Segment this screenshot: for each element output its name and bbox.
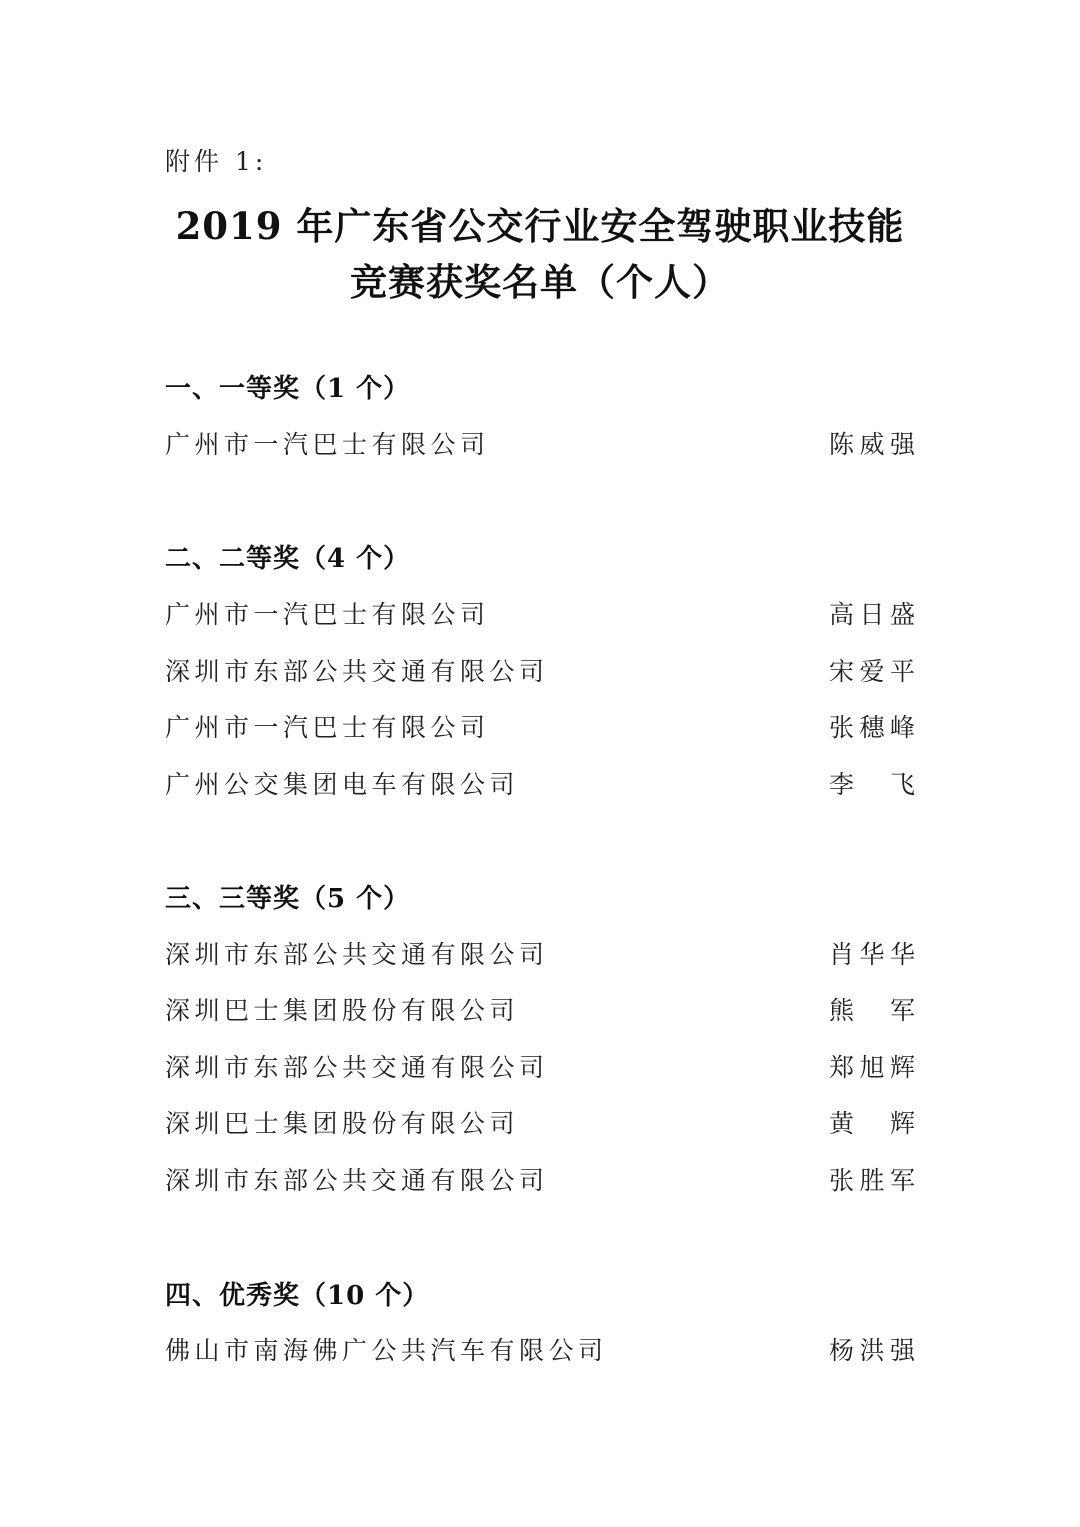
winner-name: 陈威强 (829, 425, 915, 461)
award-entry: 深圳市东部公共交通有限公司 张胜军 (165, 1161, 915, 1195)
winner-name: 宋爱平 (829, 652, 915, 688)
winner-name: 黄 辉 (829, 1104, 915, 1140)
company-name: 深圳市东部公共交通有限公司 (165, 1161, 549, 1197)
award-entry: 深圳市东部公共交通有限公司 郑旭辉 (165, 1048, 915, 1082)
award-entry: 广州市一汽巴士有限公司 高日盛 (165, 595, 915, 629)
award-entry: 广州市一汽巴士有限公司 张穗峰 (165, 708, 915, 742)
company-name: 深圳巴士集团股份有限公司 (165, 991, 519, 1027)
company-name: 广州市一汽巴士有限公司 (165, 425, 490, 461)
award-entry: 广州市一汽巴士有限公司 陈威强 (165, 425, 915, 459)
section-heading-excellence-award: 四、优秀奖（10 个） (165, 1275, 429, 1312)
section-heading-second-prize: 二、二等奖（4 个） (165, 538, 410, 575)
company-name: 广州市一汽巴士有限公司 (165, 708, 490, 744)
company-name: 广州市一汽巴士有限公司 (165, 595, 490, 631)
award-entry: 广州公交集团电车有限公司 李 飞 (165, 765, 915, 799)
winner-name: 张胜军 (829, 1161, 915, 1197)
winner-name: 杨洪强 (829, 1331, 915, 1367)
company-name: 佛山市南海佛广公共汽车有限公司 (165, 1331, 608, 1367)
company-name: 深圳市东部公共交通有限公司 (165, 1048, 549, 1084)
award-entry: 深圳市东部公共交通有限公司 宋爱平 (165, 652, 915, 686)
company-name: 广州公交集团电车有限公司 (165, 765, 519, 801)
winner-name: 高日盛 (829, 595, 915, 631)
winner-name: 熊 军 (829, 991, 915, 1027)
winner-name: 李 飞 (829, 765, 915, 801)
document-page: 附件 1: 2019 年广东省公交行业安全驾驶职业技能 竞赛获奖名单（个人） 一… (0, 0, 1080, 1527)
award-entry: 深圳巴士集团股份有限公司 熊 军 (165, 991, 915, 1025)
document-title-line-2: 竞赛获奖名单（个人） (0, 252, 1080, 306)
document-title-line-1: 2019 年广东省公交行业安全驾驶职业技能 (0, 196, 1080, 250)
winner-name: 郑旭辉 (829, 1048, 915, 1084)
section-heading-first-prize: 一、一等奖（1 个） (165, 368, 410, 405)
attachment-label: 附件 1: (165, 142, 267, 178)
award-entry: 深圳巴士集团股份有限公司 黄 辉 (165, 1104, 915, 1138)
award-entry: 深圳市东部公共交通有限公司 肖华华 (165, 935, 915, 969)
winner-name: 张穗峰 (829, 708, 915, 744)
section-heading-third-prize: 三、三等奖（5 个） (165, 878, 410, 915)
winner-name: 肖华华 (829, 935, 915, 971)
company-name: 深圳巴士集团股份有限公司 (165, 1104, 519, 1140)
company-name: 深圳市东部公共交通有限公司 (165, 935, 549, 971)
company-name: 深圳市东部公共交通有限公司 (165, 652, 549, 688)
award-entry: 佛山市南海佛广公共汽车有限公司 杨洪强 (165, 1331, 915, 1365)
